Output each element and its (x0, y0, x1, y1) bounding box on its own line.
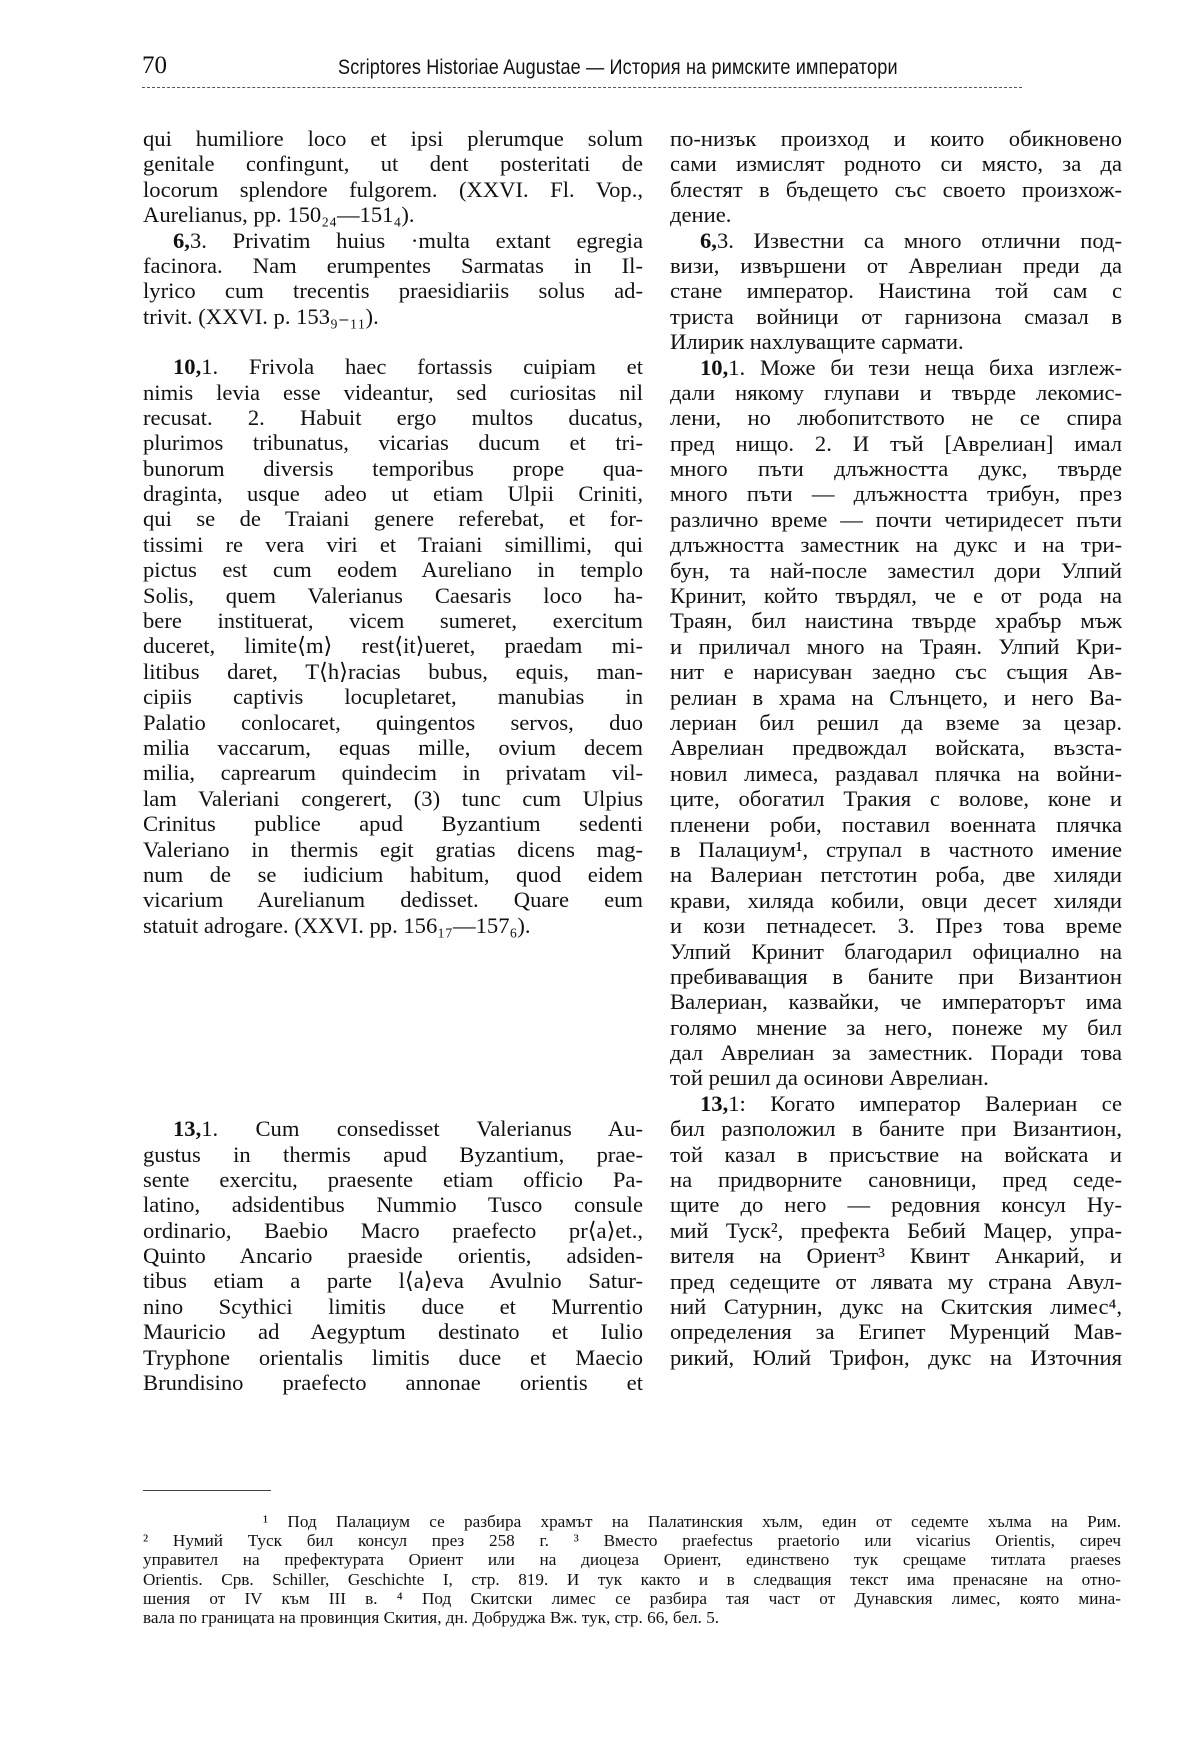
footnote-line: ² Нумий Туск бил консул през 258 г. ³ Вм… (143, 1531, 1121, 1550)
text-line: nino Scythici limitis duce et Murrentio (143, 1294, 643, 1319)
text-line: statuit adrogare. (XXVI. pp. 156₁₇—157₆)… (143, 913, 643, 938)
text-line: Улпий Кринит благодарил официално на (670, 939, 1122, 964)
text-line: лени, но любопитството не се спира (670, 405, 1122, 430)
text-line: 3. Privatim huius ·multa extant egregia (190, 228, 643, 253)
text-line: Mauricio ad Aegyptum destinato et Iulio (143, 1319, 643, 1344)
text-line: пленени роби, поставил военната плячка (670, 812, 1122, 837)
text-line: Аврелиан предвождал войската, възста- (670, 735, 1122, 760)
text-line: релиан в храма на Слънцето, и него Ва- (670, 685, 1122, 710)
text-line: 3. Известни са много отлични под- (717, 228, 1122, 253)
text-line: той казал в присъствие на войската и (670, 1142, 1122, 1167)
bulgarian-paragraph-1: по-низък произход и които обикновено сам… (670, 126, 1122, 228)
text-line: ний Сатурнин, дукс на Скитския лимес⁴, (670, 1294, 1122, 1319)
text-line: Валериан, казвайки, че императорът има (670, 989, 1122, 1014)
text-line: пребиваващия в баните при Византион (670, 964, 1122, 989)
section-number: 6, (173, 228, 190, 253)
text-line: Valeriano in thermis egit gratias dicens… (143, 837, 643, 862)
text-line: голямо мнение за него, понеже му бил (670, 1015, 1122, 1040)
text-line: recusat. 2. Habuit ergo multos ducatus, (143, 405, 643, 430)
text-line: и приличал много на Траян. Улпий Кри- (670, 634, 1122, 659)
text-line: определения за Египет Муренций Мав- (670, 1319, 1122, 1344)
text-line: Кринит, който твърдял, че е от рода на (670, 583, 1122, 608)
text-line: qui humiliore loco et ipsi plerumque sol… (143, 126, 643, 151)
text-line: много пъти — длъжността трибун, през (670, 481, 1122, 506)
text-line: draginta, usque adeo ut etiam Ulpii Crin… (143, 481, 643, 506)
text-line: genitale confingunt, ut dent posteritati… (143, 151, 643, 176)
text-line: lyrico cum trecentis praesidiariis solus… (143, 278, 643, 303)
text-line: Quinto Ancario praeside orientis, adside… (143, 1243, 643, 1268)
text-line: бун, та най-после заместил дори Улпий (670, 558, 1122, 583)
text-line: plurimos tribunatus, vicarias ducum et t… (143, 430, 643, 455)
text-line: Palatio conlocaret, quingentos servos, d… (143, 710, 643, 735)
bulgarian-column: по-низък произход и които обикновено сам… (670, 126, 1122, 1370)
footnote-line: ¹ Под Палациум се разбира храмът на Пала… (143, 1512, 1121, 1531)
text-line: новил лимеса, раздавал плячка на войни- (670, 761, 1122, 786)
text-line: cipiis captivis locupletaret, manubias i… (143, 684, 643, 709)
section-number: 13, (173, 1116, 201, 1141)
bulgarian-paragraph-13-1: 13,1: Когато император Валериан се бил р… (670, 1091, 1122, 1370)
text-line: ordinario, Baebio Macro praefecto pr⟨a⟩e… (143, 1218, 643, 1243)
running-title: Scriptores Historiae Augustae — История … (338, 56, 898, 80)
section-number: 10, (173, 354, 201, 379)
text-line: locorum splendore fulgorem. (XXVI. Fl. V… (143, 177, 643, 202)
text-line: той решил да осинови Аврелиан. (670, 1065, 1122, 1090)
bulgarian-paragraph-6-3: 6,3. Известни са много отлични под- визи… (670, 228, 1122, 355)
text-line: 1. Може би тези неща биха изглеж- (728, 355, 1122, 380)
text-line: по-низък произход и които обикновено (670, 126, 1122, 151)
section-number: 13, (700, 1091, 728, 1116)
text-line: sente exercitu, praesente etiam officio … (143, 1167, 643, 1192)
text-line: nimis levia esse videantur, sed curiosit… (143, 380, 643, 405)
latin-paragraph-6-3: 6,3. Privatim huius ·multa extant egregi… (143, 228, 643, 330)
latin-paragraph-10-1: 10,1. Frivola haec fortassis cuipiam et … (143, 354, 643, 938)
text-line: различно време — почти четиридесет пъти (670, 507, 1122, 532)
text-line: num de se iudicium habitum, quod eidem (143, 862, 643, 887)
text-line: пред седещите от лявата му страна Авул- (670, 1269, 1122, 1294)
text-line: vicarium Aurelianum dedisset. Quare eum (143, 887, 643, 912)
text-line: бил разположил в баните при Византион, (670, 1116, 1122, 1141)
text-line: на придворните сановници, пред седе- (670, 1167, 1122, 1192)
text-line: 1. Cum consedisset Valerianus Au- (201, 1116, 643, 1141)
text-line: на Валериан петстотин роба, две хиляди (670, 862, 1122, 887)
text-line: litibus daret, T⟨h⟩racias bubus, equis, … (143, 659, 643, 684)
text-line: дали някому глупави и твърде лекомис- (670, 380, 1122, 405)
text-line: 1: Когато император Валериан се (728, 1091, 1122, 1116)
text-line: триста войници от гарнизона смазал в (670, 304, 1122, 329)
section-number: 10, (700, 355, 728, 380)
latin-paragraph-1: qui humiliore loco et ipsi plerumque sol… (143, 126, 643, 228)
text-line: визи, извършени от Аврелиан преди да (670, 253, 1122, 278)
text-line: latino, adsidentibus Nummio Tusco consul… (143, 1192, 643, 1217)
text-line: дение. (670, 202, 1122, 227)
footnote-line: вала по границата на провинция Скития, д… (143, 1608, 1121, 1627)
text-line: длъжността заместник на дукс и на три- (670, 532, 1122, 557)
text-line: вителя на Ориент³ Квинт Анкарий, и (670, 1243, 1122, 1268)
text-line: 1. Frivola haec fortassis cuipiam et (201, 354, 643, 379)
text-line: рикий, Юлий Трифон, дукс на Източния (670, 1345, 1122, 1370)
text-line: facinora. Nam erumpentes Sarmatas in Il- (143, 253, 643, 278)
text-line: стане император. Наистина той сам с (670, 278, 1122, 303)
text-line: Илирик нахлуващите сармати. (670, 329, 1122, 354)
text-line: Solis, quem Valerianus Caesaris loco ha- (143, 583, 643, 608)
text-line: дал Аврелиан за заместник. Поради това (670, 1040, 1122, 1065)
text-line: Crinitus publice apud Byzantium sedenti (143, 811, 643, 836)
text-line: нит е нарисуван заедно със същия Ав- (670, 659, 1122, 684)
text-line: tissimi re vera viri et Traiani simillim… (143, 532, 643, 557)
bulgarian-paragraph-10-1: 10,1. Може би тези неща биха изглеж- дал… (670, 355, 1122, 1091)
text-line: milia vaccarum, equas mille, ovium decem (143, 735, 643, 760)
footnote-line: Orientis. Срв. Schiller, Geschichte I, с… (143, 1570, 1121, 1589)
text-line: мий Туск², префекта Бебий Мацер, упра- (670, 1218, 1122, 1243)
text-line: и кози петнадесет. 3. През това време (670, 913, 1122, 938)
latin-paragraph-13-1: 13,1. Cum consedisset Valerianus Au- gus… (143, 1116, 643, 1395)
text-line: пред нищо. 2. И тъй [Аврелиан] имал (670, 431, 1122, 456)
text-line: ците, обогатил Тракия с волове, коне и (670, 786, 1122, 811)
text-line: лериан бил решил да вземе за цезар. (670, 710, 1122, 735)
text-line: щите до него — редовния консул Ну- (670, 1192, 1122, 1217)
footnote-rule (143, 1490, 271, 1491)
text-line: Tryphone orientalis limitis duce et Maec… (143, 1345, 643, 1370)
text-line: gustus in thermis apud Byzantium, prae- (143, 1142, 643, 1167)
text-line: крави, хиляда кобили, овци десет хиляди (670, 888, 1122, 913)
latin-column: qui humiliore loco et ipsi plerumque sol… (143, 126, 643, 1395)
footnotes: ¹ Под Палациум се разбира храмът на Пала… (143, 1512, 1121, 1627)
text-line: tibus etiam a parte l⟨a⟩eva Avulnio Satu… (143, 1268, 643, 1293)
text-line: milia, caprearum quindecim in privatam v… (143, 760, 643, 785)
text-line: сами измислят родното си място, за да (670, 151, 1122, 176)
text-line: bunorum diversis temporibus prope qua- (143, 456, 643, 481)
text-line: qui se de Traiani genere referebat, et f… (143, 506, 643, 531)
text-line: в Палациум¹, струпал в частното имение (670, 837, 1122, 862)
text-line: duceret, limite⟨m⟩ rest⟨it⟩ueret, praeda… (143, 633, 643, 658)
text-line: trivit. (XXVI. p. 153₉₋₁₁). (143, 304, 643, 329)
text-line: блестят в бъдещето със своето произхож- (670, 177, 1122, 202)
text-line: pictus est cum eodem Aureliano in templo (143, 557, 643, 582)
footnote-line: управител на префектурата Ориент или на … (143, 1550, 1121, 1569)
text-line: Траян, бил наистина твърде храбър мъж (670, 608, 1122, 633)
footnote-line: шения от IV към III в. ⁴ Под Скитски лим… (143, 1589, 1121, 1608)
section-number: 6, (700, 228, 717, 253)
text-line: много пъти длъжността дукс, твърде (670, 456, 1122, 481)
header-rule (142, 87, 1022, 88)
text-line: lam Valeriani congerert, (3) tunc cum Ul… (143, 786, 643, 811)
text-line: bere instituerat, vicem sumeret, exercit… (143, 608, 643, 633)
text-line: Brundisino praefecto annonae orientis et (143, 1370, 643, 1395)
text-line: Aurelianus, pp. 150₂₄—151₄). (143, 202, 643, 227)
page-number: 70 (142, 52, 167, 80)
